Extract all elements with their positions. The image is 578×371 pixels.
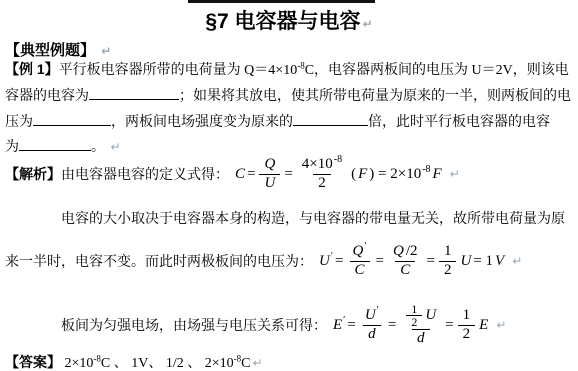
problem-line-1: 【例 1】平行板电容器所带的电荷量为 Q＝4×10-8C，电容器两板间的电压为 … xyxy=(5,59,569,79)
answer-text: C xyxy=(241,356,250,371)
analysis-para-1-text: 电容的大小取决于电容器本身的构造，与电容器的带电量无关，故所带电荷量为原 xyxy=(61,212,565,227)
paragraph-mark: ↵ xyxy=(450,167,460,181)
answer-text: C 、 1V、 1/2 、 2×10 xyxy=(101,356,234,371)
problem-text: 平行板电容器所带的电荷量为 Q＝4×10 xyxy=(59,63,298,78)
blank-voltage xyxy=(33,112,111,126)
answer-line: 【答案】 2×10-8C 、 1V、 1/2 、 2×10-8C↵ xyxy=(5,352,263,371)
problem-line-3: 压为，两板间电场强度变为原来的倍，此时平行板电容器的电容 xyxy=(5,111,550,131)
analysis-para-2-text: 来一半时，电容不变。而此时两极板间的电压为： xyxy=(5,251,313,271)
example1-label: 【例 1】 xyxy=(5,61,59,77)
cropped-top-line-fragment xyxy=(188,0,375,3)
paragraph-mark: ↵ xyxy=(512,254,522,268)
analysis-para-1: 电容的大小取决于电容器本身的构造，与电容器的带电量无关，故所带电荷量为原 xyxy=(61,208,565,228)
formula-voltage: U′ = Q′C = Q/2C = 12U = 1V xyxy=(318,243,505,279)
problem-text: 倍，此时平行板电容器的电容 xyxy=(368,115,550,130)
document-page: §7 电容器与电容↵ 【典型例题】 ↵ 【例 1】平行板电容器所带的电荷量为 Q… xyxy=(0,0,578,371)
section-heading-typical-examples: 【典型例题】 ↵ xyxy=(5,39,111,60)
paragraph-mark: ↵ xyxy=(101,44,111,58)
problem-line-2: 容器的电容为；如果将其放电，使其所带电荷量为原来的一半，则两板间的电 xyxy=(5,85,571,105)
section-heading-text: 【典型例题】 xyxy=(5,42,95,59)
paragraph-mark: ↵ xyxy=(363,17,373,31)
blank-capacitance xyxy=(89,86,179,100)
formula-field-strength: E′ = U′d = 12Ud = 12E xyxy=(332,303,489,347)
problem-text: 容器的电容为 xyxy=(5,89,89,104)
analysis-intro-text: 由电容器电容的定义式得： xyxy=(61,164,229,184)
problem-text: ，两板间电场强度变为原来的 xyxy=(111,115,293,130)
problem-text: C，电容器两板间的电压为 U＝2V，则该电 xyxy=(305,63,569,78)
analysis-para-2: 来一半时，电容不变。而此时两极板间的电压为： U′ = Q′C = Q/2C =… xyxy=(5,240,522,282)
paragraph-mark: ↵ xyxy=(252,356,262,370)
exponent: -8 xyxy=(93,353,101,363)
problem-text: 压为 xyxy=(5,115,33,130)
page-title: §7 电容器与电容↵ xyxy=(0,5,578,35)
page-title-text: §7 电容器与电容 xyxy=(205,10,360,33)
formula-capacitance: C = QU = 4×10-82(F) = 2×10-8F xyxy=(234,156,443,192)
paragraph-mark: ↵ xyxy=(496,318,506,332)
analysis-heading: 【解析】 xyxy=(5,164,61,184)
answer-heading: 【答案】 xyxy=(5,354,61,370)
exponent: -8 xyxy=(297,60,305,70)
analysis-para-3-text: 板间为匀强电场，由场强与电压关系可得： xyxy=(61,315,327,335)
blank-capacitance-2 xyxy=(19,137,91,151)
problem-text: ；如果将其放电，使其所带电荷量为原来的一半，则两板间的电 xyxy=(179,89,571,104)
blank-field-ratio xyxy=(293,112,368,126)
analysis-line: 【解析】由电容器电容的定义式得： C = QU = 4×10-82(F) = 2… xyxy=(5,151,460,197)
analysis-para-3: 板间为匀强电场，由场强与电压关系可得： E′ = U′d = 12Ud = 12… xyxy=(61,297,506,353)
answer-text: 2×10 xyxy=(65,356,94,371)
